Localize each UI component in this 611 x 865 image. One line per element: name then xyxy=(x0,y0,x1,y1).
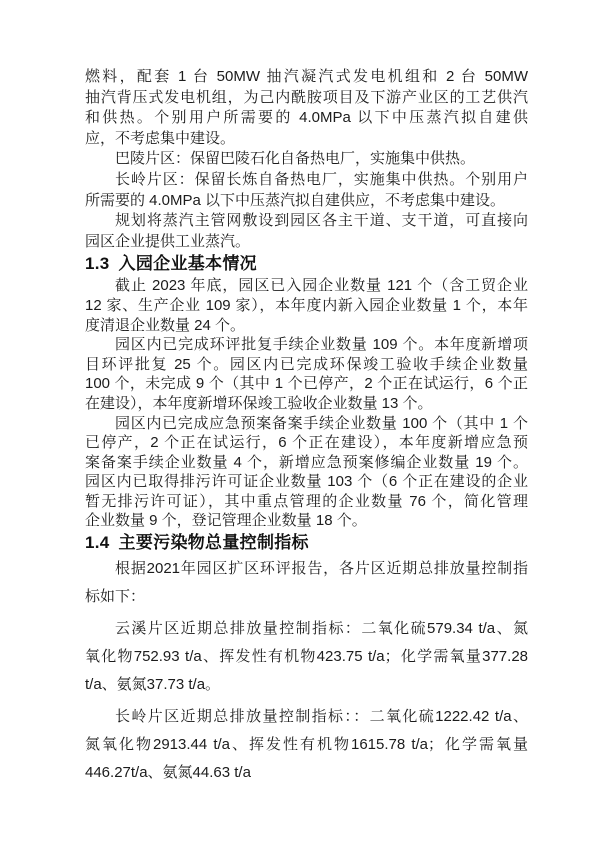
text-line: 在建设），本年度新增环保竣工验收企业数量 13 个。 xyxy=(85,394,528,414)
section-1-4: 1.4主要污染物总量控制指标根据2021年园区扩区环评报告，各片区近期总排放量控… xyxy=(85,531,528,787)
text-line: 案备案手续企业数量 4 个，新增应急预案修编企业数量 19 个。 xyxy=(85,453,528,473)
text-line: 燃料，配套 1 台 50MW 抽汽凝汽式发电机组和 2 台 50MW xyxy=(85,67,528,88)
text-line: 根据2021年园区扩区环评报告，各片区近期总排放量控制指 xyxy=(85,555,528,583)
text-line: 应，不考虑集中建设。 xyxy=(85,129,528,150)
document-page: 燃料，配套 1 台 50MW 抽汽凝汽式发电机组和 2 台 50MW抽汽背压式发… xyxy=(0,0,611,865)
heading-title: 主要污染物总量控制指标 xyxy=(119,533,309,552)
paragraph: 截止 2023 年底，园区已入园企业数量 121 个（含工贸企业12 家、生产企… xyxy=(85,276,528,335)
text-line: 氮氧化物2913.44 t/a、挥发性有机物1615.78 t/a；化学需氧量 xyxy=(85,731,528,759)
text-line: 抽汽背压式发电机组，为己内酰胺项目及下游产业区的工艺供汽 xyxy=(85,88,528,109)
text-line: 和供热。个别用户所需要的 4.0MPa 以下中压蒸汽拟自建供 xyxy=(85,108,528,129)
text-line: 12 家、生产企业 109 家），本年度内新入园企业数量 1 个，本年 xyxy=(85,296,528,316)
text-line: 截止 2023 年底，园区已入园企业数量 121 个（含工贸企业 xyxy=(85,276,528,296)
text-line: 云溪片区近期总排放量控制指标：二氧化硫579.34 t/a、氮 xyxy=(85,615,528,643)
paragraph: 长岭片区近期总排放量控制指标：：二氧化硫1222.42 t/a、氮氧化物2913… xyxy=(85,703,528,787)
document-content: 燃料，配套 1 台 50MW 抽汽凝汽式发电机组和 2 台 50MW抽汽背压式发… xyxy=(85,67,528,787)
text-line: 100 个，未完成 9 个（其中 1 个已停产，2 个正在试运行，6 个正 xyxy=(85,374,528,394)
text-line: 巴陵片区：保留巴陵石化自备热电厂，实施集中供热。 xyxy=(85,149,528,170)
text-line: 氧化物752.93 t/a、挥发性有机物423.75 t/a；化学需氧量377.… xyxy=(85,643,528,671)
section-1-3: 1.3入园企业基本情况截止 2023 年底，园区已入园企业数量 121 个（含工… xyxy=(85,252,528,531)
text-line: 园区企业提供工业蒸汽。 xyxy=(85,232,528,253)
paragraph: 长岭片区：保留长炼自备热电厂，实施集中供热。个别用户所需要的 4.0MPa 以下… xyxy=(85,170,528,211)
text-line: 所需要的 4.0MPa 以下中压蒸汽拟自建供应，不考虑集中建设。 xyxy=(85,191,528,212)
text-line: 暂无排污许可证），其中重点管理的企业数量 76 个，简化管理 xyxy=(85,492,528,512)
text-line: 目环评批复 25 个。园区内已完成环保竣工验收手续企业数量 xyxy=(85,355,528,375)
paragraph: 云溪片区近期总排放量控制指标：二氧化硫579.34 t/a、氮氧化物752.93… xyxy=(85,615,528,699)
section-pre: 燃料，配套 1 台 50MW 抽汽凝汽式发电机组和 2 台 50MW抽汽背压式发… xyxy=(85,67,528,252)
heading-title: 入园企业基本情况 xyxy=(119,254,257,273)
text-line: 园区内已完成环评批复手续企业数量 109 个。本年度新增项 xyxy=(85,335,528,355)
paragraph: 园区内已完成应急预案备案手续企业数量 100 个（其中 1 个已停产，2 个正在… xyxy=(85,414,528,532)
section-heading-1-4: 1.4主要污染物总量控制指标 xyxy=(85,531,528,555)
heading-number: 1.4 xyxy=(85,533,110,552)
paragraph: 燃料，配套 1 台 50MW 抽汽凝汽式发电机组和 2 台 50MW抽汽背压式发… xyxy=(85,67,528,149)
text-line: 标如下： xyxy=(85,583,528,611)
text-line: t/a、氨氮37.73 t/a。 xyxy=(85,671,528,699)
text-line: 已停产，2 个正在试运行，6 个正在建设），本年度新增应急预 xyxy=(85,433,528,453)
heading-number: 1.3 xyxy=(85,254,110,273)
paragraph: 巴陵片区：保留巴陵石化自备热电厂，实施集中供热。 xyxy=(85,149,528,170)
text-line: 446.27t/a、氨氮44.63 t/a xyxy=(85,759,528,787)
text-line: 长岭片区：保留长炼自备热电厂，实施集中供热。个别用户 xyxy=(85,170,528,191)
text-line: 园区内已完成应急预案备案手续企业数量 100 个（其中 1 个 xyxy=(85,414,528,434)
paragraph: 园区内已完成环评批复手续企业数量 109 个。本年度新增项目环评批复 25 个。… xyxy=(85,335,528,413)
text-line: 长岭片区近期总排放量控制指标：：二氧化硫1222.42 t/a、 xyxy=(85,703,528,731)
section-heading-1-3: 1.3入园企业基本情况 xyxy=(85,252,528,276)
text-line: 度清退企业数量 24 个。 xyxy=(85,316,528,336)
text-line: 企业数量 9 个，登记管理企业数量 18 个。 xyxy=(85,511,528,531)
paragraph: 规划将蒸汽主管网敷设到园区各主干道、支干道，可直接向园区企业提供工业蒸汽。 xyxy=(85,211,528,252)
paragraph: 根据2021年园区扩区环评报告，各片区近期总排放量控制指标如下： xyxy=(85,555,528,611)
text-line: 规划将蒸汽主管网敷设到园区各主干道、支干道，可直接向 xyxy=(85,211,528,232)
text-line: 园区内已取得排污许可证企业数量 103 个（6 个正在建设的企业 xyxy=(85,472,528,492)
